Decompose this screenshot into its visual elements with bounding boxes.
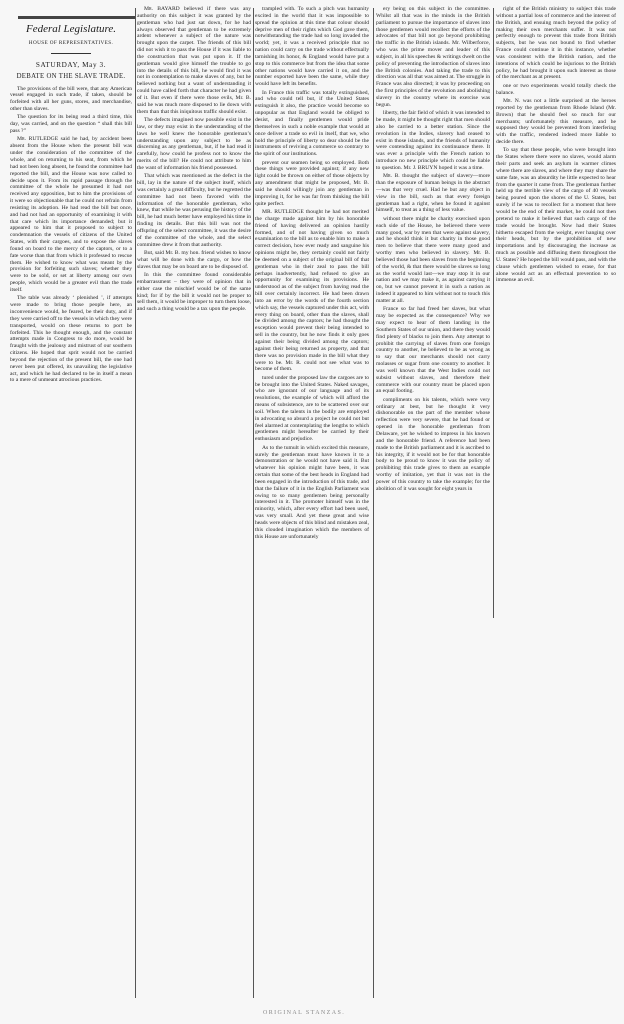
paragraph: The defects imagined now possible exist … bbox=[137, 117, 251, 172]
paragraph: To say that these people, who were broug… bbox=[496, 147, 616, 284]
column-1: Federal Legislature. HOUSE OF REPRESENTA… bbox=[10, 10, 132, 995]
paragraph: right of the British ministry to subject… bbox=[496, 6, 616, 81]
house-heading: HOUSE OF REPRESENTATIVES. bbox=[10, 40, 132, 47]
speaker-name: MR. RUTLEDGE bbox=[262, 209, 304, 215]
paragraph: without there might be charity exercised… bbox=[376, 216, 490, 305]
column-text: right of the British ministry to subject… bbox=[496, 6, 616, 284]
paragraph: In this the committee found considerable… bbox=[137, 272, 251, 313]
paragraph: France so far had freed her slaves, but … bbox=[376, 306, 490, 395]
paragraph: liberty, the fair field of which it was … bbox=[376, 110, 490, 172]
column-text: trampled with. To such a pitch was human… bbox=[255, 6, 369, 540]
section-masthead: Federal Legislature. bbox=[10, 22, 132, 36]
newspaper-page: Federal Legislature. HOUSE OF REPRESENTA… bbox=[8, 6, 618, 996]
column-2: Mr. BAYARD believed if there was any aut… bbox=[137, 6, 251, 991]
paragraph: MR. RUTLEDGE thought he had not merited … bbox=[255, 209, 369, 373]
paragraph: That which was mentioned as the defect i… bbox=[137, 173, 251, 248]
speaker-name: Mr. N. bbox=[503, 98, 520, 104]
paragraph: Mr. N. was not a little surprised at the… bbox=[496, 98, 616, 146]
speaker-name: Mr. RUTLEDGE bbox=[17, 136, 58, 142]
column-divider bbox=[135, 8, 136, 998]
column-4: ery being on this subject in the committ… bbox=[376, 6, 490, 991]
paragraph: But, said Mr. B. my hon. friend wishes t… bbox=[137, 250, 251, 271]
speaker-name: Mr. BAYARD bbox=[144, 6, 180, 12]
column-divider bbox=[493, 8, 494, 618]
paragraph: compliments on his talents, which were v… bbox=[376, 397, 490, 493]
column-text: Mr. BAYARD believed if there was any aut… bbox=[137, 6, 251, 313]
paragraph: Mr. B. thought the subject of slavery—mo… bbox=[376, 173, 490, 214]
paragraph: Mr. RUTLEDGE said he had, by accident be… bbox=[10, 136, 132, 293]
heading-rule bbox=[51, 53, 91, 54]
column-divider bbox=[373, 8, 374, 998]
speaker-name: Mr. B. bbox=[383, 173, 400, 179]
column-divider bbox=[253, 8, 254, 998]
column-text: ery being on this subject in the committ… bbox=[376, 6, 490, 493]
paragraph: The question for its being read a third … bbox=[10, 114, 132, 135]
paragraph: ery being on this subject in the committ… bbox=[376, 6, 490, 109]
paragraph: tured under the proposed law the cargoes… bbox=[255, 375, 369, 443]
column-5: right of the British ministry to subject… bbox=[496, 6, 616, 610]
paragraph: As to the tumult in which excited this m… bbox=[255, 445, 369, 541]
column-text: The provisions of the bill were, that an… bbox=[10, 86, 132, 385]
debate-title: DEBATE ON THE SLAVE TRADE. bbox=[10, 74, 132, 81]
date-heading: SATURDAY, May 3. bbox=[10, 62, 132, 69]
paragraph: In France this traffic was totally extin… bbox=[255, 90, 369, 158]
paragraph: one or two experiments would totally che… bbox=[496, 83, 616, 97]
paragraph: The table was already ‘ plenished ’, if … bbox=[10, 295, 132, 384]
next-section-heading: ORIGINAL STANZAS. bbox=[263, 1010, 345, 1016]
paragraph: The provisions of the bill were, that an… bbox=[10, 86, 132, 113]
paragraph: trampled with. To such a pitch was human… bbox=[255, 6, 369, 88]
paragraph: Mr. BAYARD believed if there was any aut… bbox=[137, 6, 251, 116]
paragraph: prevent our seamen being so employed. Bo… bbox=[255, 160, 369, 208]
column-3: trampled with. To such a pitch was human… bbox=[255, 6, 369, 991]
